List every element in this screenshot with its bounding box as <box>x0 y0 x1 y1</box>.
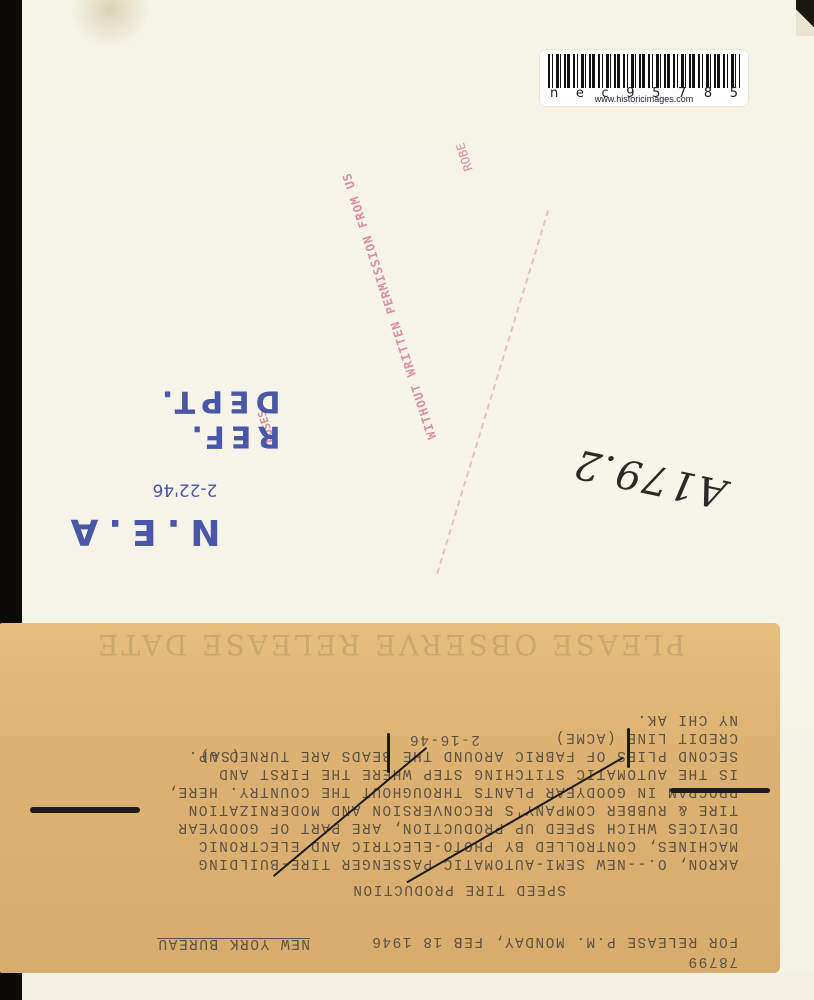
caption-bureau: NEW YORK BUREAU <box>157 935 310 951</box>
marker-strike <box>670 788 770 793</box>
marker-tick <box>627 728 630 768</box>
barcode-icon <box>548 54 740 88</box>
caption-upside-down: PLEASE OBSERVE RELEASE DATE FOR RELEASE … <box>0 623 780 973</box>
caption-body-line: SECOND PLIES OF FABRIC AROUND THE BEADS … <box>187 747 738 763</box>
caption-number: 78799 <box>687 953 738 969</box>
stamp-date: 2-22'46 <box>153 480 218 500</box>
paper-stain <box>70 0 150 48</box>
caption-body-line: AKRON, O.--NEW SEMI-AUTOMATIC PASSENGER … <box>197 855 738 871</box>
caption-initials: (SA) <box>199 747 240 763</box>
caption-credit: CREDIT LINE (ACME) <box>554 729 738 745</box>
caption-clipping: PLEASE OBSERVE RELEASE DATE FOR RELEASE … <box>0 623 780 973</box>
barcode-url: www.historicimages.com <box>540 94 748 104</box>
caption-release-line: FOR RELEASE P.M. MONDAY, FEB 18 1946 <box>371 933 738 949</box>
caption-text: FOR RELEASE P.M. MONDAY, FEB 18 1946 NEW… <box>0 623 780 973</box>
caption-body-line: DEVICES WHICH SPEED UP PRODUCTION, ARE P… <box>177 819 738 835</box>
caption-body-line: TIRE & RUBBER COMPANY'S RECONVERSION AND… <box>187 801 738 817</box>
marker-strike <box>30 807 140 813</box>
caption-date-code: 2-16-46 <box>409 731 480 747</box>
caption-body-line: IS THE AUTOMATIC STITCHING STEP WHERE TH… <box>218 765 738 781</box>
red-stamp-line3: ROBE <box>453 141 475 173</box>
red-permission-stamp: WITHOUT WRITTEN PERMISSION FROM US POSES… <box>250 120 500 470</box>
stamp-agency: N.E.A <box>61 511 221 552</box>
caption-body-line: PROGRAM IN GOODYEAR PLANTS THROUGHOUT TH… <box>167 783 738 799</box>
paper-bottom-strip <box>22 973 814 1000</box>
corner-fold <box>796 0 814 36</box>
caption-distribution: NY CHI AK. <box>636 711 738 727</box>
barcode-sticker: n e c 9 5 7 8 5 www.historicimages.com <box>540 50 748 106</box>
stamp-dept: REF. DEPT. <box>51 384 281 454</box>
marker-tick <box>387 733 390 773</box>
caption-headline: SPEED TIRE PRODUCTION <box>352 881 566 897</box>
